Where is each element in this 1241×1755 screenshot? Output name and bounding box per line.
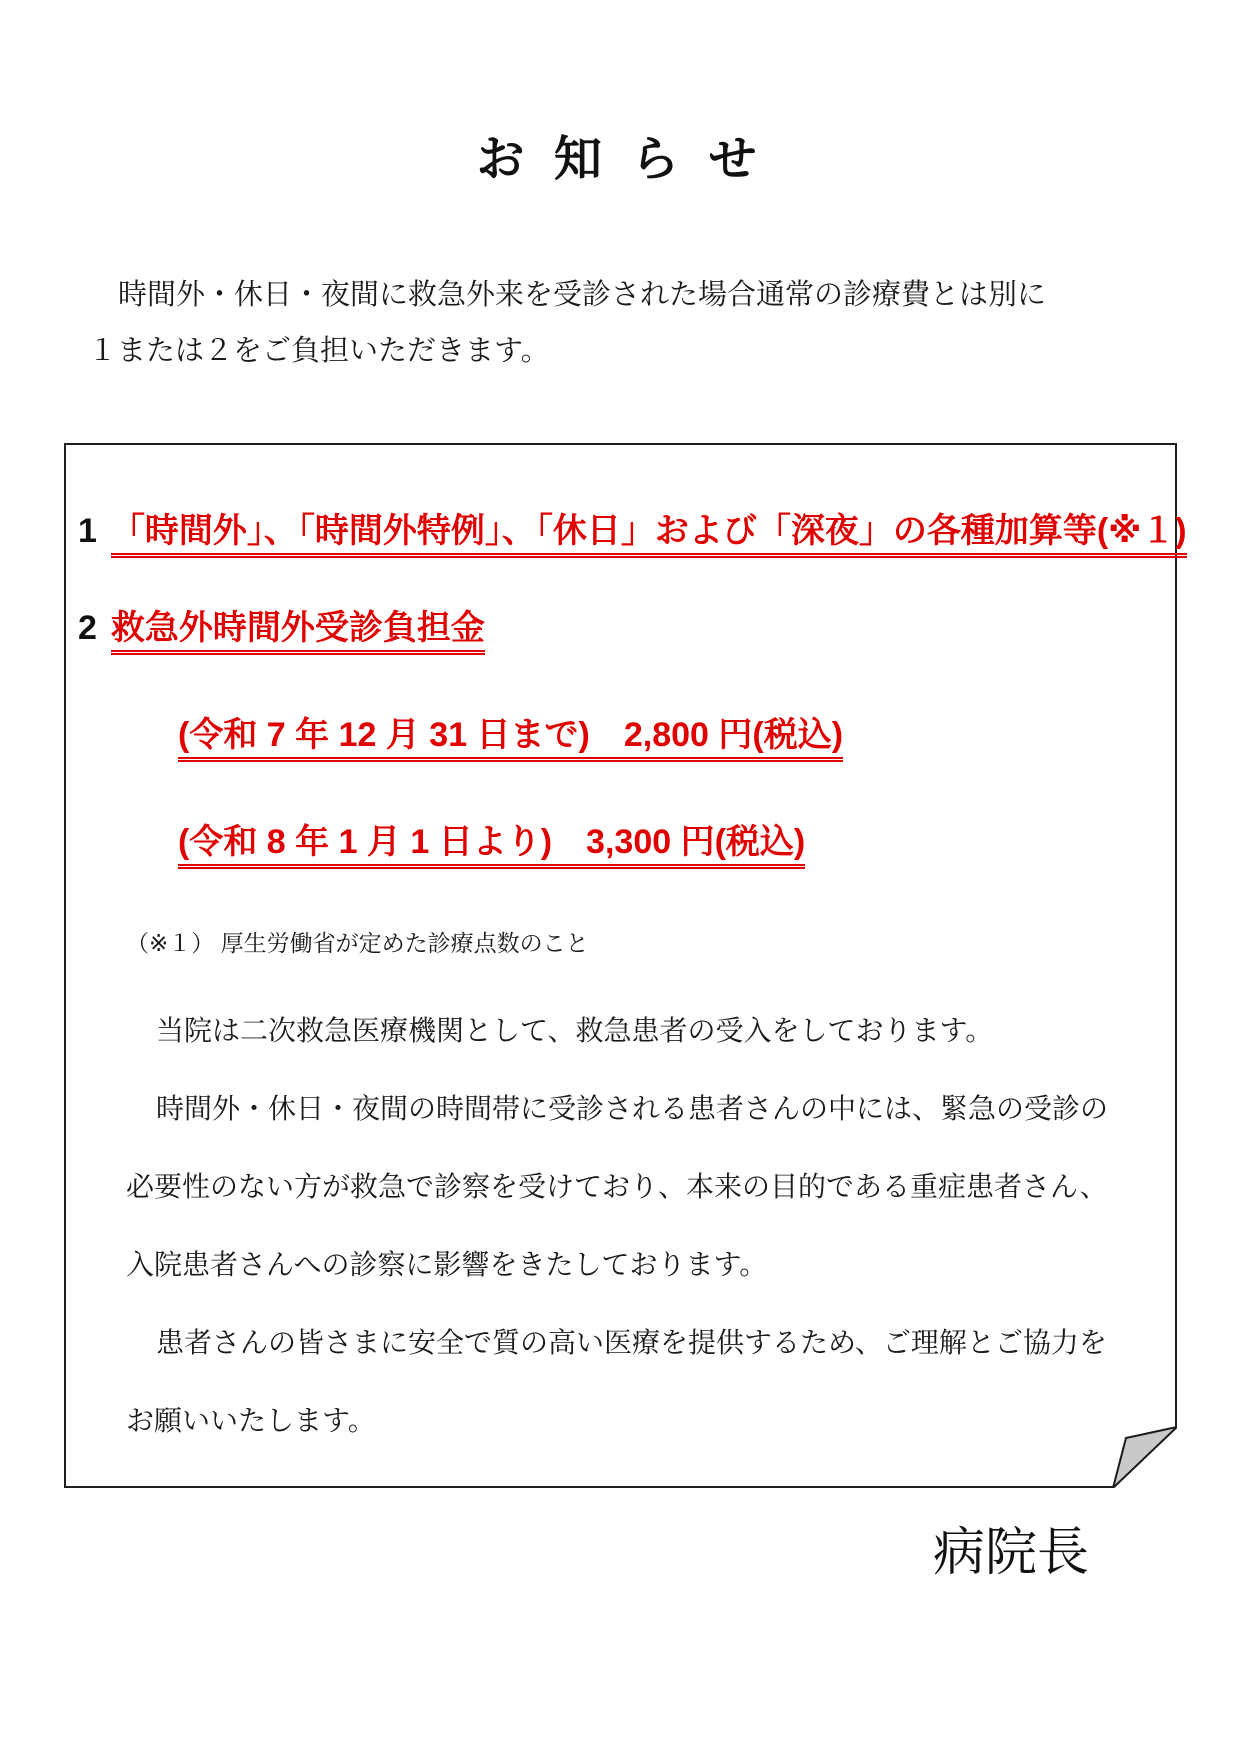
signature-hospital-director: 病院長 xyxy=(0,1510,1089,1585)
page-fold-corner-icon xyxy=(1103,1414,1177,1488)
list-item-1: 1「時間外」、「時間外特例」、「休日」および「深夜」の各種加算等(※１) xyxy=(78,503,1149,552)
footnote-asterisk-1: （※１） 厚生労働省が定めた診療点数のこと xyxy=(126,925,1149,958)
body-line-2: 時間外・休日・夜間の時間帯に受診される患者さんの中には、緊急の受診の xyxy=(126,1070,1149,1148)
body-line-5: 患者さんの皆さまに安全で質の高い医療を提供するため、ご理解とご協力を xyxy=(126,1304,1149,1382)
body-line-3: 必要性のない方が救急で診察を受けており、本来の目的である重症患者さん、 xyxy=(126,1148,1149,1226)
body-line-6: お願いいたします。 xyxy=(126,1382,1149,1460)
intro-line-2: １または２をご負担いただきます。 xyxy=(88,323,1171,379)
page-title: お 知 ら せ xyxy=(0,0,1241,189)
body-line-1: 当院は二次救急医療機関として、救急患者の受入をしております。 xyxy=(126,992,1149,1070)
price-line-current: (令和 7 年 12 月 31 日まで) 2,800 円(税込) xyxy=(178,707,1149,756)
notice-box: 1「時間外」、「時間外特例」、「休日」および「深夜」の各種加算等(※１) 2救急… xyxy=(64,443,1177,1488)
price-future-text: (令和 8 年 1 月 1 日より) 3,300 円(税込) xyxy=(178,823,805,869)
list-item-2: 2救急外時間外受診負担金 xyxy=(78,600,1149,649)
list-item-2-number: 2 xyxy=(78,609,97,647)
body-line-4: 入院患者さんへの診察に影響をきたしております。 xyxy=(126,1226,1149,1304)
intro-line-1: 時間外・休日・夜間に救急外来を受診された場合通常の診療費とは別に xyxy=(88,267,1171,323)
body-paragraphs: 当院は二次救急医療機関として、救急患者の受入をしております。 時間外・休日・夜間… xyxy=(126,992,1149,1460)
list-item-1-text: 「時間外」、「時間外特例」、「休日」および「深夜」の各種加算等(※１) xyxy=(111,512,1187,558)
price-line-future: (令和 8 年 1 月 1 日より) 3,300 円(税込) xyxy=(178,814,1149,863)
list-item-2-text: 救急外時間外受診負担金 xyxy=(111,609,485,655)
notice-box-content: 1「時間外」、「時間外特例」、「休日」および「深夜」の各種加算等(※１) 2救急… xyxy=(66,445,1175,1460)
list-item-1-number: 1 xyxy=(78,512,97,550)
price-current-text: (令和 7 年 12 月 31 日まで) 2,800 円(税込) xyxy=(178,716,843,762)
notice-document-page: お 知 ら せ 時間外・休日・夜間に救急外来を受診された場合通常の診療費とは別に… xyxy=(0,0,1241,1755)
intro-paragraph: 時間外・休日・夜間に救急外来を受診された場合通常の診療費とは別に １または２をご… xyxy=(88,267,1171,379)
